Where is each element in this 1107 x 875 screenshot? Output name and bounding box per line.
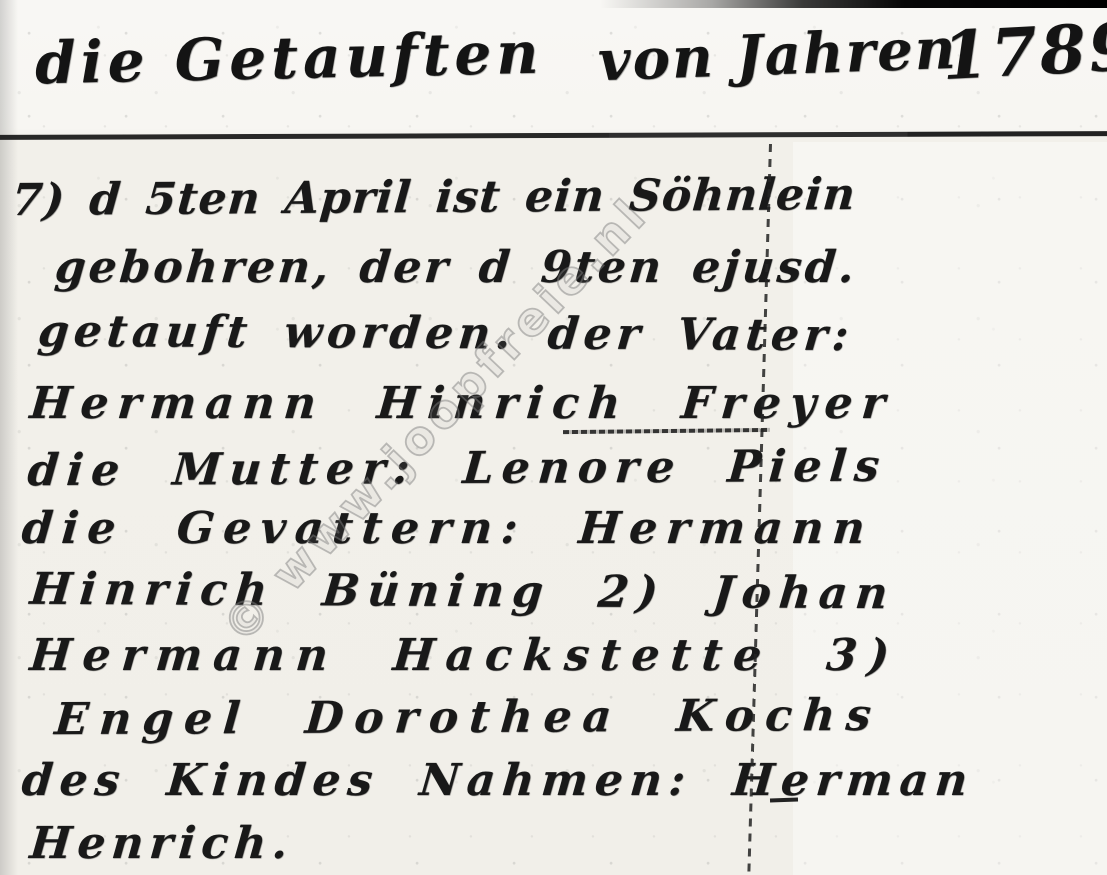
manuscript-line: Hinrich Büning 2) Johan — [28, 564, 898, 621]
underline-mark — [563, 428, 770, 434]
scanned-baptism-register-page: die Getauften von Jahren 1789 7) d 5ten … — [0, 0, 1107, 875]
manuscript-line: Hermann Hackstette 3) — [28, 630, 903, 682]
horizontal-rule — [0, 131, 1107, 140]
manuscript-line: 7) d 5ten April ist ein Söhnlein — [10, 169, 858, 227]
manuscript-line: gebohren, der d 9ten ejusd. — [53, 242, 860, 294]
manuscript-line: Henrich. — [28, 818, 296, 870]
header-title-text: von Jahren — [597, 16, 959, 95]
scan-edge-bar — [600, 0, 1107, 8]
header-year: 1789 — [940, 7, 1107, 95]
manuscript-line: die Gevattern: Hermann — [20, 503, 876, 555]
manuscript-line: Hermann Hinrich Freyer — [28, 378, 896, 430]
manuscript-line: des Kindes Nahmen: Herman — [20, 755, 977, 807]
header-title-text: die Getauften — [34, 19, 544, 98]
manuscript-line: getauft worden. der Vater: — [36, 306, 856, 362]
left-edge-shading — [0, 0, 18, 875]
manuscript-line: Engel Dorothea Kochs — [53, 690, 884, 746]
